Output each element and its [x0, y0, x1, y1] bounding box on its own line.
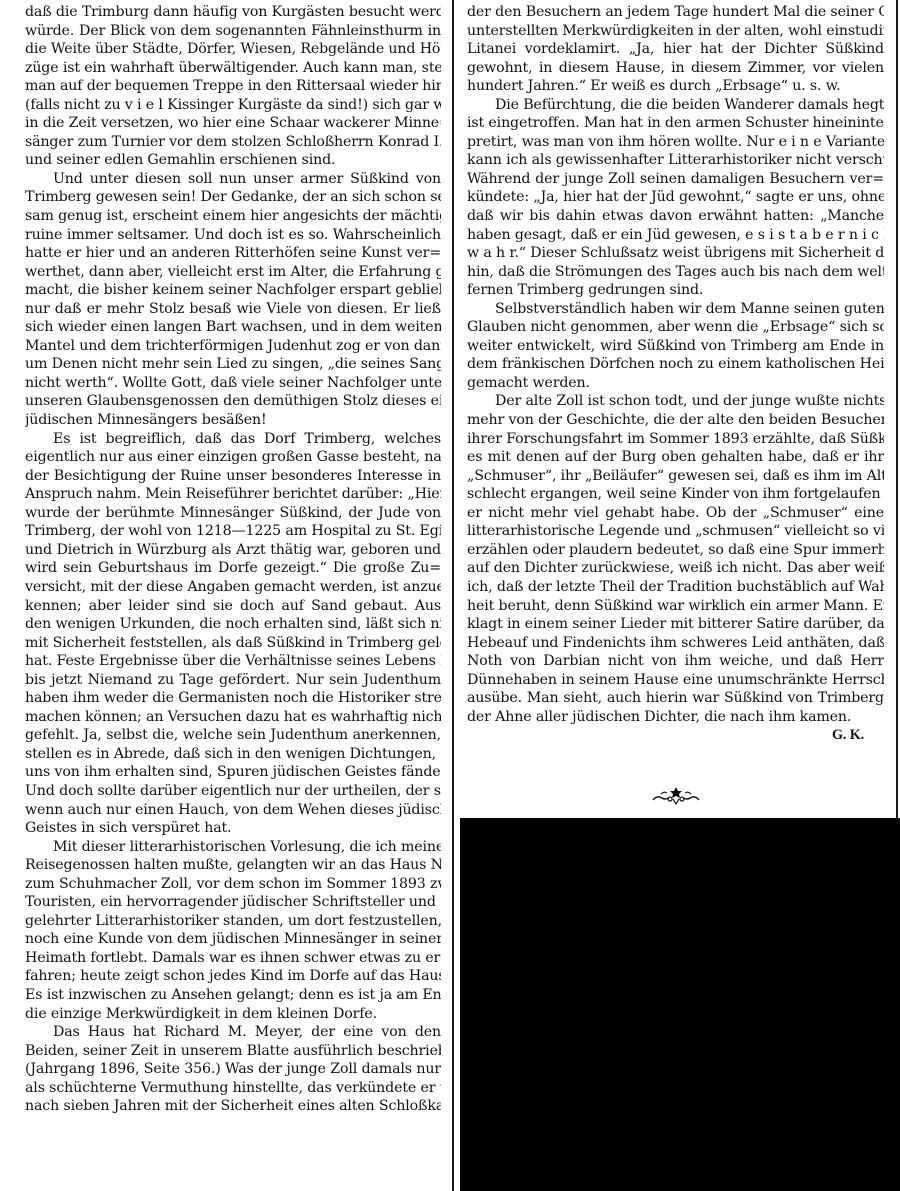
text-line: stellen es in Abrede, daß sich in den we… — [25, 745, 441, 764]
text-line: Selbstverständlich haben wir dem Manne s… — [467, 300, 884, 319]
text-line: hatte er hier und an anderen Ritterhöfen… — [25, 244, 441, 263]
text-line: hin, daß die Strömungen des Tages auch b… — [467, 263, 884, 282]
text-line: Und unter diesen soll nun unser armer Sü… — [25, 170, 441, 189]
text-line: Hebeauf und Findenichts ihm schweres Lei… — [467, 634, 884, 653]
text-line: macht, die bisher keinem seiner Nachfolg… — [25, 281, 441, 300]
text-line: gewohnt, in diesem Hause, in diesem Zimm… — [467, 59, 884, 78]
text-line: Touristen, ein hervorragender jüdischer … — [25, 893, 441, 912]
text-line: es mit denen auf der Burg oben gehalten … — [467, 448, 884, 467]
text-line: eigentlich nur aus einer einzigen großen… — [25, 448, 441, 467]
column-divider-rule — [452, 0, 454, 1191]
text-line: Litanei vordeklamirt. „Ja, hier hat der … — [467, 40, 884, 59]
text-line: Noth von Darbian nicht von ihm weiche, u… — [467, 652, 884, 671]
text-line: hundert Jahren.“ Er weiß es durch „Erbsa… — [467, 77, 884, 96]
text-line: ich, daß der letzte Theil der Tradition … — [467, 578, 884, 597]
text-line: Es ist inzwischen zu Ansehen gelangt; de… — [25, 986, 441, 1005]
text-line: heit beruht, denn Süßkind war wirklich e… — [467, 597, 884, 616]
text-line: Mit dieser litterarhistorischen Vorlesun… — [25, 838, 441, 857]
text-line: sam genug ist, erscheint einem hier ange… — [25, 207, 441, 226]
text-line: den wenigen Urkunden, die noch erhalten … — [25, 615, 441, 634]
text-line: weiter entwickelt, wird Süßkind von Trim… — [467, 337, 884, 356]
text-line: sich wieder einen langen Bart wachsen, u… — [25, 318, 441, 337]
text-line: die einzige Merkwürdigkeit in dem kleine… — [25, 1005, 441, 1024]
text-line: mehr von der Geschichte, die der alte de… — [467, 411, 884, 430]
text-line: Geistes in sich verspüret hat. — [25, 819, 441, 838]
text-line: ruine immer seltsamer. Und doch ist es s… — [25, 226, 441, 245]
text-line: in die Zeit versetzen, wo hier eine Scha… — [25, 114, 441, 133]
text-line: würde. Der Blick von dem sogenannten Fäh… — [25, 22, 441, 41]
text-line: Anspruch nahm. Mein Reiseführer berichte… — [25, 485, 441, 504]
text-line: gefehlt. Ja, selbst die, welche sein Jud… — [25, 726, 441, 745]
text-line: schlecht ergangen, weil seine Kinder von… — [467, 485, 884, 504]
text-line: kann ich als gewissenhafter Litterarhist… — [467, 151, 884, 170]
text-line: (Jahrgang 1896, Seite 356.) Was der jung… — [25, 1060, 441, 1079]
text-line: werthet, dann aber, vielleicht erst im A… — [25, 263, 441, 282]
text-line: w a h r.“ Dieser Schlußsatz weist übrige… — [467, 244, 884, 263]
text-line: wenn auch nur einen Hauch, von dem Wehen… — [25, 801, 441, 820]
text-line: die Weite über Städte, Dörfer, Wiesen, R… — [25, 40, 441, 59]
text-line: Reisegenossen halten mußte, gelangten wi… — [25, 856, 441, 875]
text-line: nicht werth“. Wollte Gott, daß viele sei… — [25, 374, 441, 393]
text-line: züge ist ein wahrhaft überwältigender. A… — [25, 59, 441, 78]
text-line: nach sieben Jahren mit der Sicherheit ei… — [25, 1097, 441, 1116]
text-line: haben gesagt, daß er ein Jüd gewesen, e … — [467, 226, 884, 245]
text-line: uns von ihm erhalten sind, Spuren jüdisc… — [25, 763, 441, 782]
text-line: fahren; heute zeigt schon jedes Kind im … — [25, 967, 441, 986]
text-line: (falls nicht zu v i e l Kissinger Kurgäs… — [25, 96, 441, 115]
text-line: der Ahne aller jüdischen Dichter, die na… — [467, 708, 884, 727]
text-line: dem fränkischen Dörfchen noch zu einem k… — [467, 355, 884, 374]
text-line: Es ist begreiflich, daß das Dorf Trimber… — [25, 430, 441, 449]
text-line: Beiden, seiner Zeit in unserem Blatte au… — [25, 1042, 441, 1061]
text-line: „Schmuser“, ihr „Beiläufer“ gewesen sei,… — [467, 467, 884, 486]
text-line: noch eine Kunde von dem jüdischen Minnes… — [25, 930, 441, 949]
text-line: bis jetzt Niemand zu Tage gefördert. Nur… — [25, 671, 441, 690]
left-column: daß die Trimburg dann häufig von Kurgäst… — [25, 3, 441, 1116]
text-line: jüdischen Minnesängers besäßen! — [25, 411, 441, 430]
text-line: kündete: „Ja, hier hat der Jüd gewohnt,“… — [467, 188, 884, 207]
text-line: zum Schuhmacher Zoll, vor dem schon im S… — [25, 875, 441, 894]
text-line: um Denen nicht mehr sein Lied zu singen,… — [25, 355, 441, 374]
text-line: wird sein Geburtshaus im Dorfe gezeigt.“… — [25, 559, 441, 578]
text-line: Trimberg, der wohl von 1218—1225 am Hosp… — [25, 522, 441, 541]
right-column: der den Besuchern an jedem Tage hundert … — [467, 3, 884, 745]
fleuron-ornament-icon — [651, 785, 701, 807]
text-line: daß die Trimburg dann häufig von Kurgäst… — [25, 3, 441, 22]
text-line: und seiner edlen Gemahlin erschienen sin… — [25, 151, 441, 170]
text-line: hat. Feste Ergebnisse über die Verhältni… — [25, 652, 441, 671]
author-signature: G. K. — [467, 726, 884, 745]
text-line: mit Sicherheit feststellen, als daß Süßk… — [25, 634, 441, 653]
text-line: pretirt, was man von ihm hören wollte. N… — [467, 133, 884, 152]
text-line: Das Haus hat Richard M. Meyer, der eine … — [25, 1023, 441, 1042]
text-line: versicht, mit der diese Angaben gemacht … — [25, 578, 441, 597]
text-line: Während der junge Zoll seinen damaligen … — [467, 170, 884, 189]
text-line: gemacht werden. — [467, 374, 884, 393]
text-line: der Besichtigung der Ruine unser besonde… — [25, 467, 441, 486]
text-line: kennen; aber leider sind sie doch auf Sa… — [25, 597, 441, 616]
text-line: und Dietrich in Würzburg als Arzt thätig… — [25, 541, 441, 560]
text-line: unterstellten Merkwürdigkeiten in der al… — [467, 22, 884, 41]
text-line: ausübe. Man sieht, auch hierin war Süßki… — [467, 689, 884, 708]
right-border-rule — [896, 0, 898, 820]
text-line: nur daß er mehr Stolz besaß wie Viele vo… — [25, 300, 441, 319]
text-line: Und doch sollte darüber eigentlich nur d… — [25, 782, 441, 801]
text-line: sänger zum Turnier vor dem stolzen Schlo… — [25, 133, 441, 152]
text-line: haben ihm weder die Germanisten noch die… — [25, 689, 441, 708]
text-line: ihrer Forschungsfahrt im Sommer 1893 erz… — [467, 430, 884, 449]
text-line: Mantel und dem trichterförmigen Judenhut… — [25, 337, 441, 356]
text-line: Heimath fortlebt. Damals war es ihnen sc… — [25, 949, 441, 968]
text-line: wurde der berühmte Minnesänger Süßkind, … — [25, 504, 441, 523]
text-line: daß wir bis dahin etwas davon erwähnt ha… — [467, 207, 884, 226]
text-line: Der alte Zoll ist schon todt, und der ju… — [467, 392, 884, 411]
text-line: der den Besuchern an jedem Tage hundert … — [467, 3, 884, 22]
redaction-black-block — [460, 818, 900, 1191]
text-line: erzählen oder plaudern bedeutet, so daß … — [467, 541, 884, 560]
text-line: Trimberg gewesen sein! Der Gedanke, der … — [25, 188, 441, 207]
text-line: machen können; an Versuchen dazu hat es … — [25, 708, 441, 727]
text-line: auf den Dichter zurückwiese, weiß ich ni… — [467, 559, 884, 578]
text-line: Dünnehaben in seinem Hause eine unumschr… — [467, 671, 884, 690]
text-line: Glauben nicht genommen, aber wenn die „E… — [467, 318, 884, 337]
text-line: ist eingetroffen. Man hat in den armen S… — [467, 114, 884, 133]
text-line: als schüchterne Vermuthung hinstellte, d… — [25, 1079, 441, 1098]
text-line: litterarhistorische Legende und „schmuse… — [467, 522, 884, 541]
text-line: klagt in einem seiner Lieder mit bittere… — [467, 615, 884, 634]
text-line: gelehrter Litterarhistoriker standen, um… — [25, 912, 441, 931]
text-line: man auf der bequemen Treppe in den Ritte… — [25, 77, 441, 96]
text-line: Die Befürchtung, die die beiden Wanderer… — [467, 96, 884, 115]
text-line: fernen Trimberg gedrungen sind. — [467, 281, 884, 300]
text-line: unseren Glaubensgenossen den demüthigen … — [25, 392, 441, 411]
text-line: er nicht mehr viel gehabt habe. Ob der „… — [467, 504, 884, 523]
